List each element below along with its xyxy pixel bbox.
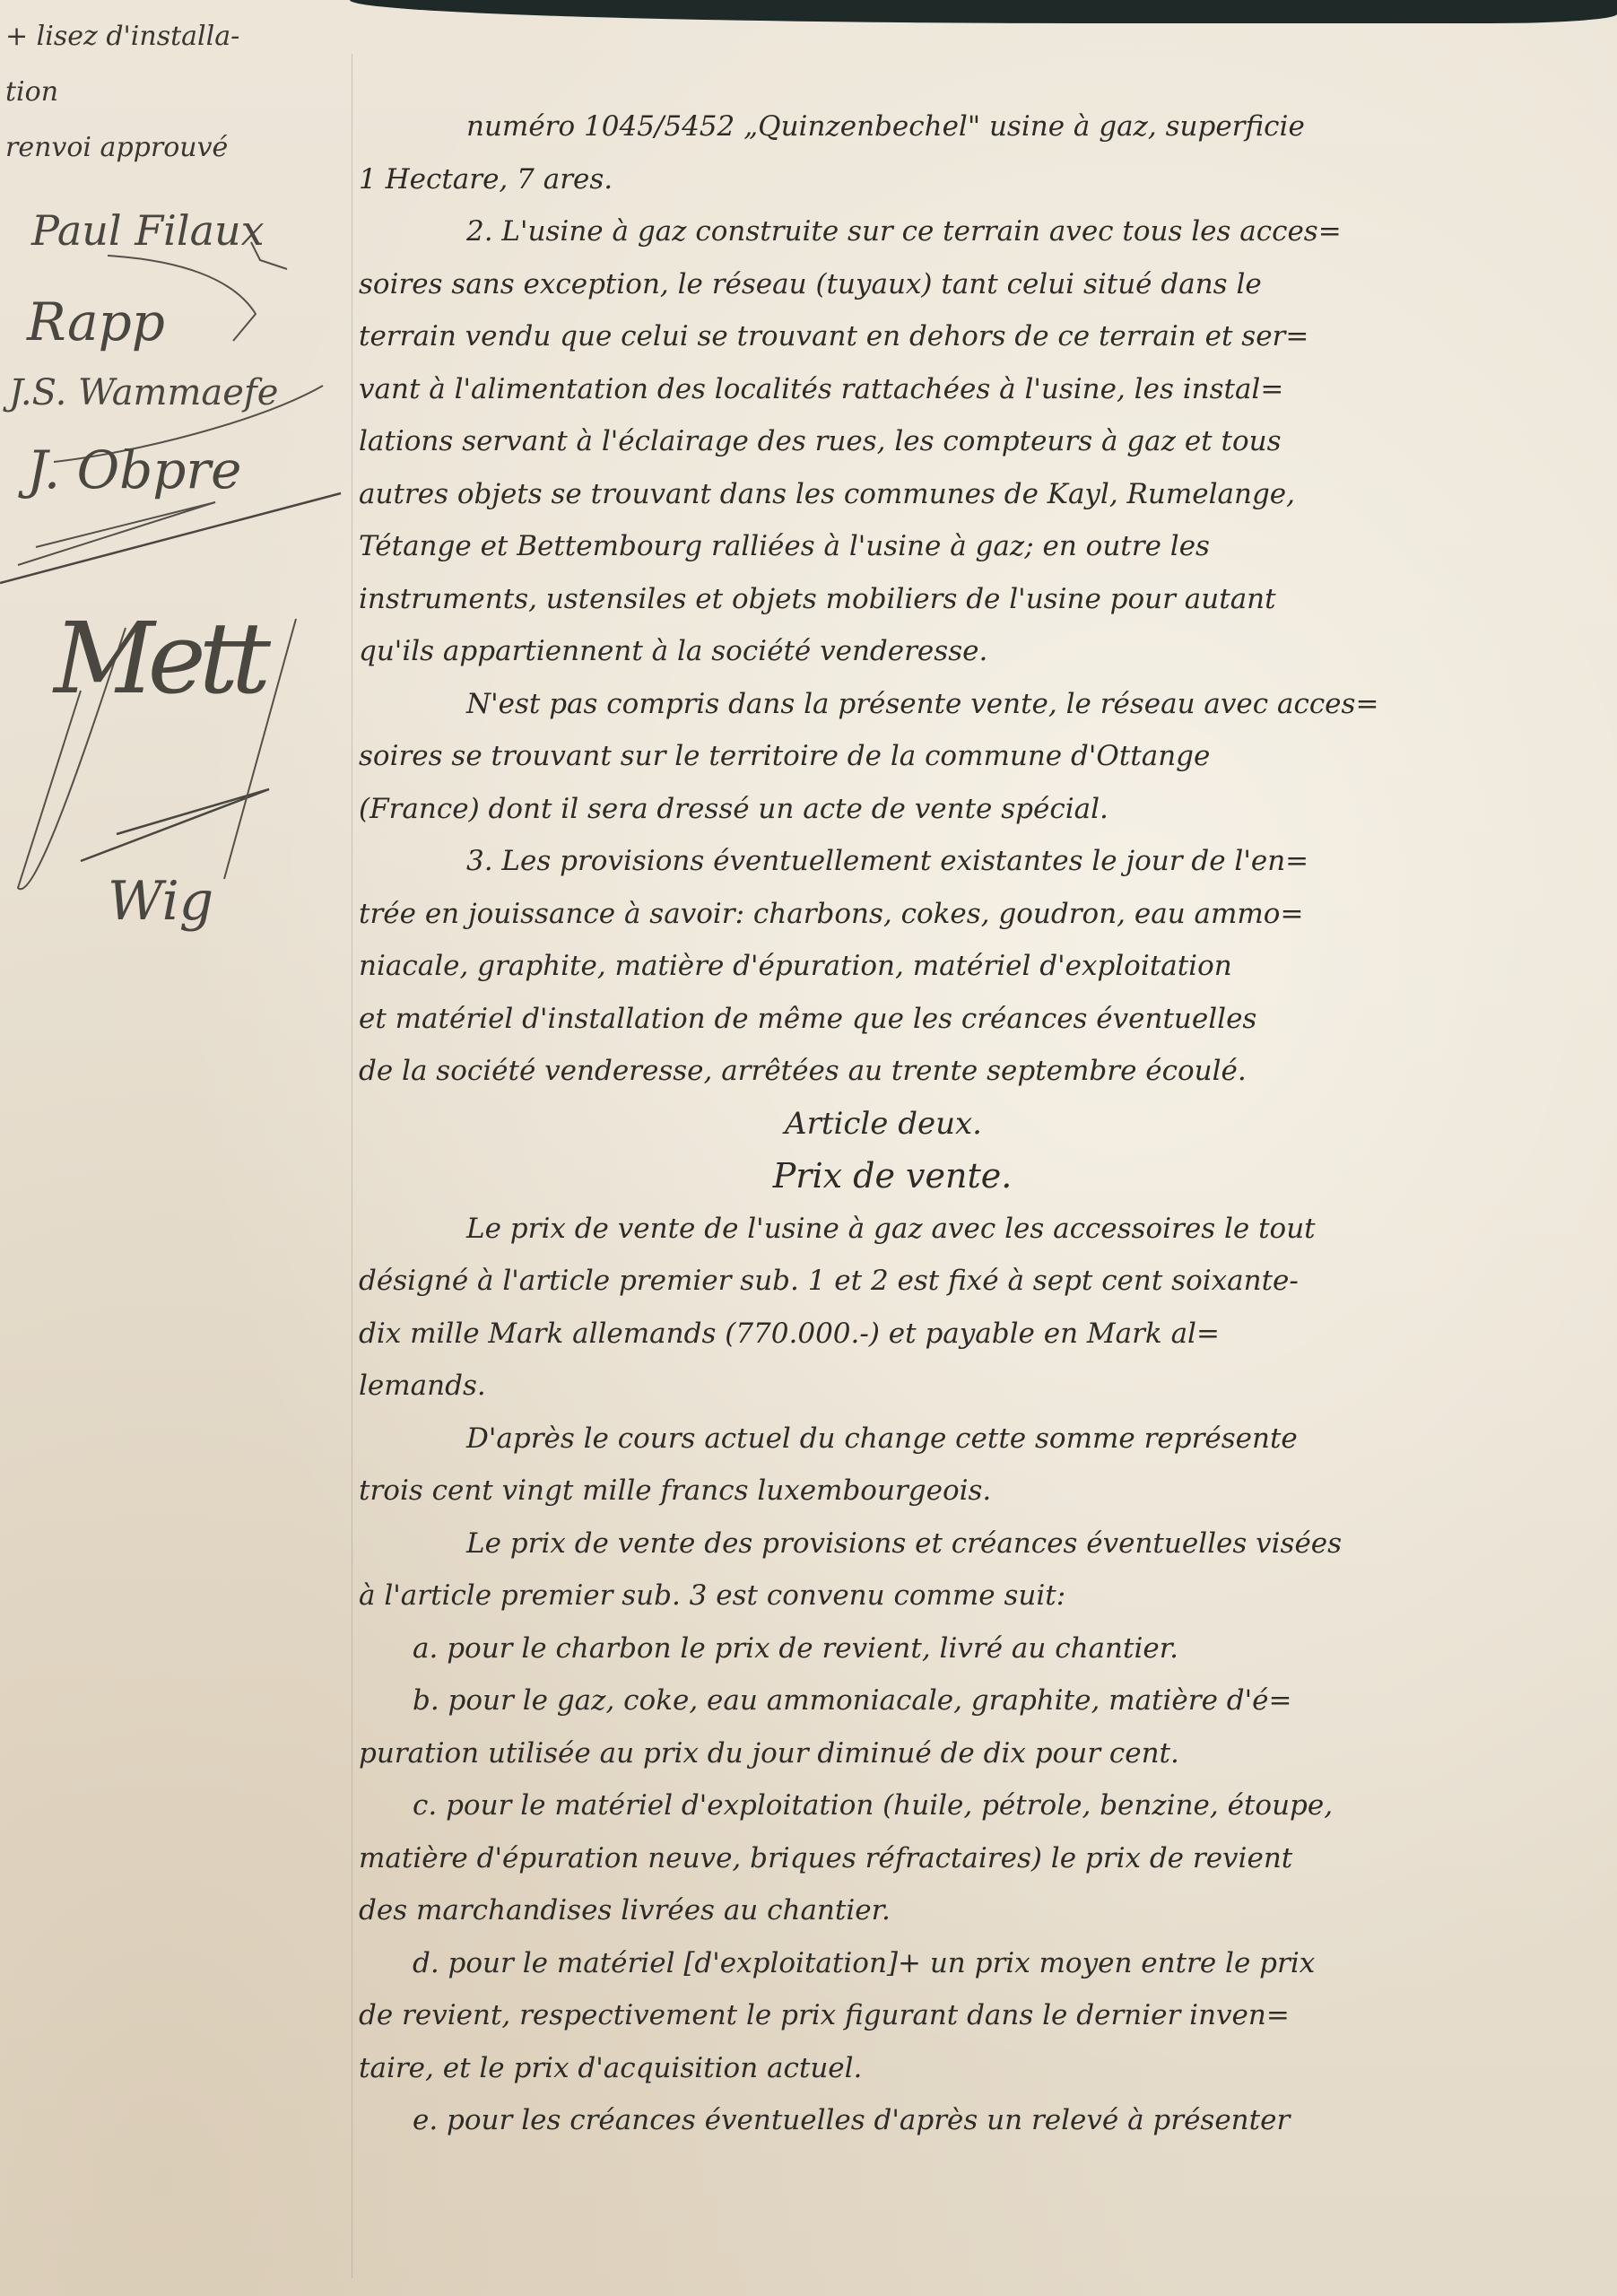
text-line: lations servant à l'éclairage des rues, …	[359, 415, 1605, 468]
text-line: désigné à l'article premier sub. 1 et 2 …	[359, 1255, 1605, 1308]
text-line: soires se trouvant sur le territoire de …	[359, 730, 1605, 783]
text-line: de revient, respectivement le prix figur…	[359, 1989, 1605, 2042]
section-heading: Article deux.	[359, 1098, 1605, 1151]
text-line: qu'ils appartiennent à la société vender…	[359, 625, 1605, 678]
scan-background-edge	[350, 0, 1617, 23]
text-line: lemands.	[359, 1360, 1605, 1413]
margin-annotation: + lisez d'installa- tion renvoi approuvé	[5, 9, 337, 176]
text-line: à l'article premier sub. 3 est convenu c…	[359, 1570, 1605, 1622]
text-line: 1 Hectare, 7 ares.	[359, 153, 1605, 206]
text-line: vant à l'alimentation des localités ratt…	[359, 363, 1605, 416]
handwritten-body: numéro 1045/5452 „Quinzenbechel" usine à…	[359, 100, 1605, 2147]
document-page: + lisez d'installa- tion renvoi approuvé…	[0, 0, 1617, 2296]
signature: Wig	[108, 870, 213, 933]
text-line: b. pour le gaz, coke, eau ammoniacale, g…	[359, 1674, 1605, 1727]
text-line: N'est pas compris dans la présente vente…	[359, 678, 1605, 731]
text-line: D'après le cours actuel du change cette …	[359, 1413, 1605, 1465]
signature: Mett	[54, 601, 264, 716]
text-line: e. pour les créances éventuelles d'après…	[359, 2094, 1605, 2147]
text-line: taire, et le prix d'acquisition actuel.	[359, 2042, 1605, 2095]
text-line: a. pour le charbon le prix de revient, l…	[359, 1622, 1605, 1675]
text-line: (France) dont il sera dressé un acte de …	[359, 783, 1605, 836]
text-line: de la société venderesse, arrêtées au tr…	[359, 1045, 1605, 1098]
text-line: autres objets se trouvant dans les commu…	[359, 468, 1605, 521]
signature-block: Paul Filaux Rapp J.S. Wammaefe J. Obpre …	[0, 206, 350, 951]
text-line: terrain vendu que celui se trouvant en d…	[359, 310, 1605, 363]
margin-note-line: + lisez d'installa-	[5, 9, 337, 65]
signature: Paul Filaux	[31, 206, 265, 255]
text-line: d. pour le matériel [d'exploitation]+ un…	[359, 1937, 1605, 1990]
text-line: trois cent vingt mille francs luxembourg…	[359, 1465, 1605, 1518]
signature: J.S. Wammaefe	[9, 372, 278, 413]
text-line: soires sans exception, le réseau (tuyaux…	[359, 258, 1605, 311]
text-line: trée en jouissance à savoir: charbons, c…	[359, 888, 1605, 941]
margin-rule	[352, 54, 352, 2278]
signature: J. Obpre	[27, 439, 241, 500]
text-line: Le prix de vente de l'usine à gaz avec l…	[359, 1203, 1605, 1256]
margin-note-line: renvoi approuvé	[5, 120, 337, 176]
text-line: 2. L'usine à gaz construite sur ce terra…	[359, 205, 1605, 258]
text-line: numéro 1045/5452 „Quinzenbechel" usine à…	[359, 100, 1605, 153]
section-heading: Prix de vente.	[359, 1150, 1605, 1203]
text-line: instruments, ustensiles et objets mobili…	[359, 573, 1605, 626]
signature: Rapp	[27, 291, 165, 352]
text-line: 3. Les provisions éventuellement existan…	[359, 835, 1605, 888]
text-line: Tétange et Bettembourg ralliées à l'usin…	[359, 520, 1605, 573]
text-line: Le prix de vente des provisions et créan…	[359, 1518, 1605, 1570]
text-line: des marchandises livrées au chantier.	[359, 1884, 1605, 1937]
text-line: puration utilisée au prix du jour diminu…	[359, 1727, 1605, 1780]
text-line: niacale, graphite, matière d'épuration, …	[359, 940, 1605, 993]
text-line: dix mille Mark allemands (770.000.-) et …	[359, 1308, 1605, 1361]
text-line: matière d'épuration neuve, briques réfra…	[359, 1832, 1605, 1885]
text-line: c. pour le matériel d'exploitation (huil…	[359, 1779, 1605, 1832]
text-line: et matériel d'installation de même que l…	[359, 993, 1605, 1046]
margin-note-line: tion	[5, 65, 337, 120]
